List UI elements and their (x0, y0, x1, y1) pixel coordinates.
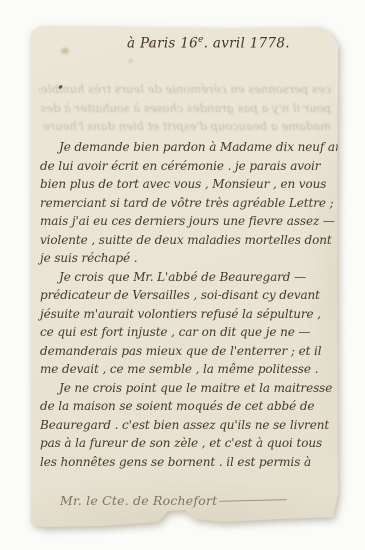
letter-line: de lui avoir écrit en cérémonie . je par… (40, 157, 332, 176)
letter-line: les honnêtes gens se bornent . il est pe… (40, 453, 332, 472)
recipient-annotation-text: Mr. le Cte. de Rochefort (60, 493, 217, 508)
annotation-flourish (219, 499, 287, 503)
letter-line: je suis réchapé . (40, 249, 332, 268)
foxing-spot (128, 59, 133, 63)
letter-line: pas à la fureur de son zèle , et c'est à… (40, 434, 332, 453)
letter-line: me devait , ce me semble , la même polit… (40, 360, 332, 379)
letter-line: remerciant si tard de vôtre très agréabl… (40, 194, 332, 213)
letter-line: bien plus de tort avec vous , Monsieur ,… (40, 175, 332, 194)
dateline-prefix: à Paris 16 (127, 36, 198, 52)
letter-line: de la maison se soient moqués de cet abb… (40, 397, 332, 416)
foxing-spot (61, 48, 69, 54)
dateline: à Paris 16e. avril 1778. (127, 35, 290, 52)
letter-paper-shadow: à Paris 16e. avril 1778. ces personnes e… (31, 26, 338, 527)
letter-line: jésuite m'aurait volontiers refusé la sé… (40, 305, 332, 324)
showthrough-line: ces personnes en cérémonie de leurs très… (39, 81, 331, 100)
letter-line: prédicateur de Versailles , soi-disant c… (40, 286, 332, 305)
dateline-rest: . avril 1778. (204, 36, 290, 52)
ink-showthrough: ces personnes en cérémonie de leurs très… (39, 81, 331, 137)
letter-paper: à Paris 16e. avril 1778. ces personnes e… (31, 26, 338, 527)
showthrough-line: madame a beaucoup d'esprit et bien dans … (39, 118, 331, 137)
letter-line: Beauregard . c'est bien assez qu'ils ne … (40, 416, 332, 435)
showthrough-line: pour il n'y a pas grandes choses à souha… (39, 100, 331, 119)
letter-line: demanderais pas mieux que de l'enterrer … (40, 342, 332, 361)
letter-body: Je demande bien pardon à Madame dix neuf… (40, 138, 332, 471)
letter-line: mais j'ai eu ces derniers jours une fiev… (40, 212, 332, 231)
letter-line: Je demande bien pardon à Madame dix neuf… (40, 138, 332, 157)
photo-background: à Paris 16e. avril 1778. ces personnes e… (0, 0, 365, 550)
letter-line: Je ne crois point que le maitre et la ma… (40, 379, 332, 398)
letter-line: violente , suitte de deux maladies morte… (40, 231, 332, 250)
letter-line: ce qui est fort injuste , car on dit que… (40, 323, 332, 342)
recipient-annotation: Mr. le Cte. de Rochefort (60, 493, 287, 508)
letter-line: Je crois que Mr. L'abbé de Beauregard — (40, 268, 332, 287)
